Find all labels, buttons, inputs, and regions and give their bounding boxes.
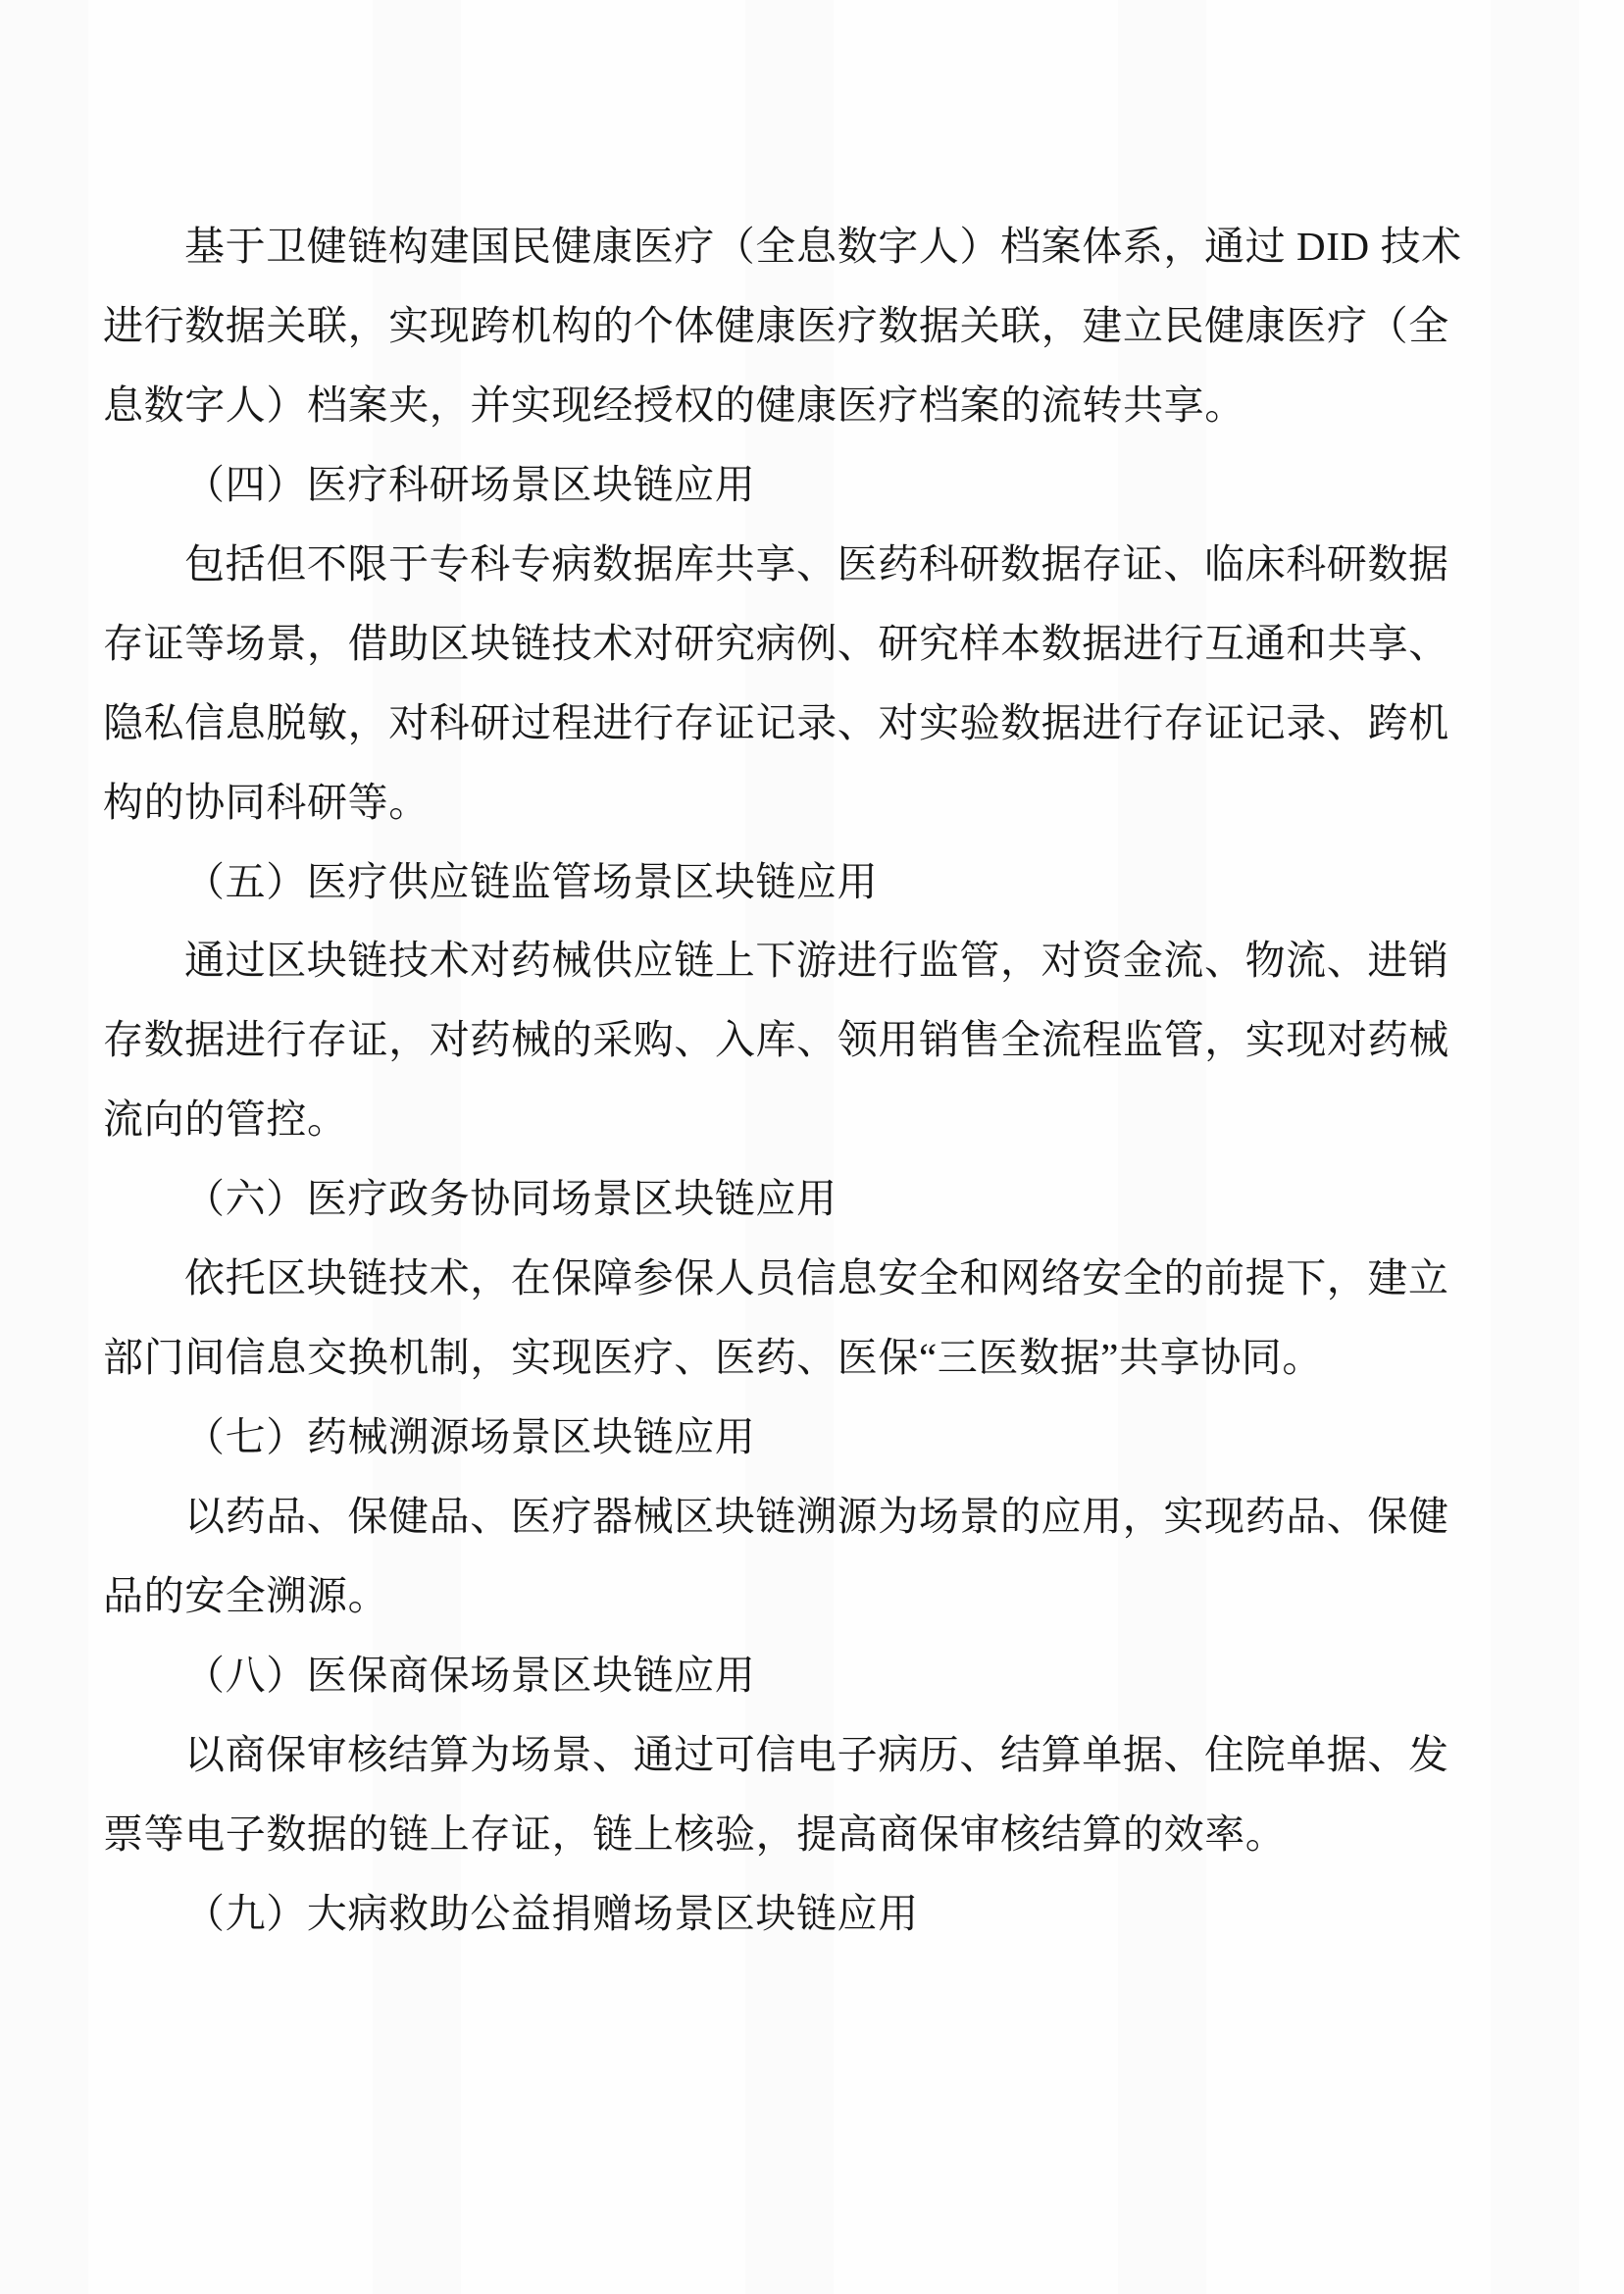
body-text-line: 存数据进行存证，对药械的采购、入库、领用销售全流程监管，实现对药械 xyxy=(103,1000,1515,1080)
body-text-line: 息数字人）档案夹，并实现经授权的健康医疗档案的流转共享。 xyxy=(103,366,1515,445)
section-heading-line: （六）医疗政务协同场景区块链应用 xyxy=(103,1159,1515,1239)
section-heading-line: （四）医疗科研场景区块链应用 xyxy=(103,445,1515,525)
body-text-line: 基于卫健链构建国民健康医疗（全息数字人）档案体系，通过 DID 技术 xyxy=(103,207,1515,286)
section-heading-line: （八）医保商保场景区块链应用 xyxy=(103,1636,1515,1715)
document-page: 基于卫健链构建国民健康医疗（全息数字人）档案体系，通过 DID 技术进行数据关联… xyxy=(0,0,1624,2294)
body-text-line: 票等电子数据的链上存证，链上核验，提高商保审核结算的效率。 xyxy=(103,1795,1515,1874)
document-content: 基于卫健链构建国民健康医疗（全息数字人）档案体系，通过 DID 技术进行数据关联… xyxy=(103,207,1515,1954)
body-text-line: 以商保审核结算为场景、通过可信电子病历、结算单据、住院单据、发 xyxy=(103,1715,1515,1795)
section-heading-line: （九）大病救助公益捐赠场景区块链应用 xyxy=(103,1874,1515,1954)
body-text-line: 隐私信息脱敏，对科研过程进行存证记录、对实验数据进行存证记录、跨机 xyxy=(103,684,1515,763)
body-text-line: 部门间信息交换机制，实现医疗、医药、医保“三医数据”共享协同。 xyxy=(103,1318,1515,1398)
section-heading-line: （五）医疗供应链监管场景区块链应用 xyxy=(103,842,1515,922)
section-heading-line: （七）药械溯源场景区块链应用 xyxy=(103,1398,1515,1477)
body-text-line: 流向的管控。 xyxy=(103,1080,1515,1159)
body-text-line: 构的协同科研等。 xyxy=(103,763,1515,842)
body-text-line: 以药品、保健品、医疗器械区块链溯源为场景的应用，实现药品、保健 xyxy=(103,1477,1515,1556)
body-text-line: 依托区块链技术，在保障参保人员信息安全和网络安全的前提下，建立 xyxy=(103,1239,1515,1318)
body-text-line: 包括但不限于专科专病数据库共享、医药科研数据存证、临床科研数据 xyxy=(103,525,1515,604)
body-text-line: 品的安全溯源。 xyxy=(103,1556,1515,1636)
body-text-line: 存证等场景，借助区块链技术对研究病例、研究样本数据进行互通和共享、 xyxy=(103,604,1515,684)
body-text-line: 通过区块链技术对药械供应链上下游进行监管，对资金流、物流、进销 xyxy=(103,921,1515,1000)
body-text-line: 进行数据关联，实现跨机构的个体健康医疗数据关联，建立民健康医疗（全 xyxy=(103,286,1515,366)
